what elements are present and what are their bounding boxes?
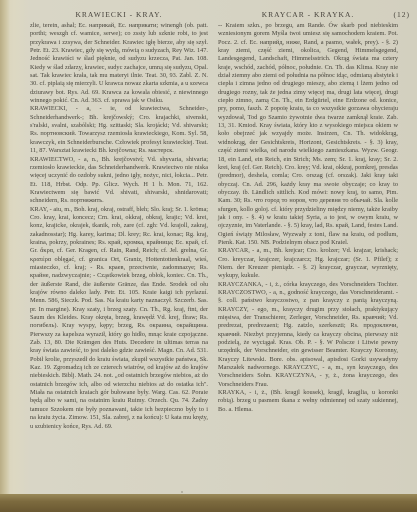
book-gutter-shadow: [0, 0, 10, 496]
entry-krawiec-continuation: zlie, terein, ashal; Ec. наприкай, Ec. н…: [30, 22, 208, 105]
entry-krayka: KRAYKA, - i, ż., (Bh. kragjl kousek), kr…: [218, 389, 398, 414]
dictionary-page: KRAWIECKI - KRAY. zlie, terein, ashal; E…: [0, 0, 417, 496]
right-running-head-title: KRAYCAR - KRAYKA.: [262, 10, 355, 19]
paper-speck: [181, 491, 183, 493]
right-column: KRAYCAR - KRAYKA. (12) -- Kraiem szkn., …: [218, 10, 398, 414]
left-column-text: zlie, terein, ashal; Ec. наприкай, Ec. н…: [30, 22, 208, 431]
left-column: KRAWIECKI - KRAY. zlie, terein, ashal; E…: [30, 10, 208, 431]
entry-krayczanka: KRAYCZANKA, - i, ż., córka krayczego, de…: [218, 281, 398, 389]
entry-kray: KRAY, - aiu, m., Boh. kraj, okraj, ostra…: [30, 206, 208, 431]
entry-kray-continuation: -- Kraiem szkn., po brzegu, am Rande. Ów…: [218, 22, 398, 247]
page-number: (12): [394, 10, 411, 19]
left-running-head: KRAWIECKI - KRAY.: [30, 10, 208, 19]
entry-kraycar: KRAYCAR, - a, m., Bh. krejcar; Cro. krol…: [218, 247, 398, 280]
right-running-head: KRAYCAR - KRAYKA. (12): [218, 10, 398, 19]
right-column-text: -- Kraiem szkn., po brzegu, am Rande. Ów…: [218, 22, 398, 414]
entry-krawiecki: KRAWIECKI, - a, - ie, od krawiectwa, Sch…: [30, 105, 208, 155]
entry-krawiectwo: KRAWIECTWO, - a, n., Bh. krejčovství; Vd…: [30, 156, 208, 206]
book-bottom-edge: [0, 494, 417, 512]
